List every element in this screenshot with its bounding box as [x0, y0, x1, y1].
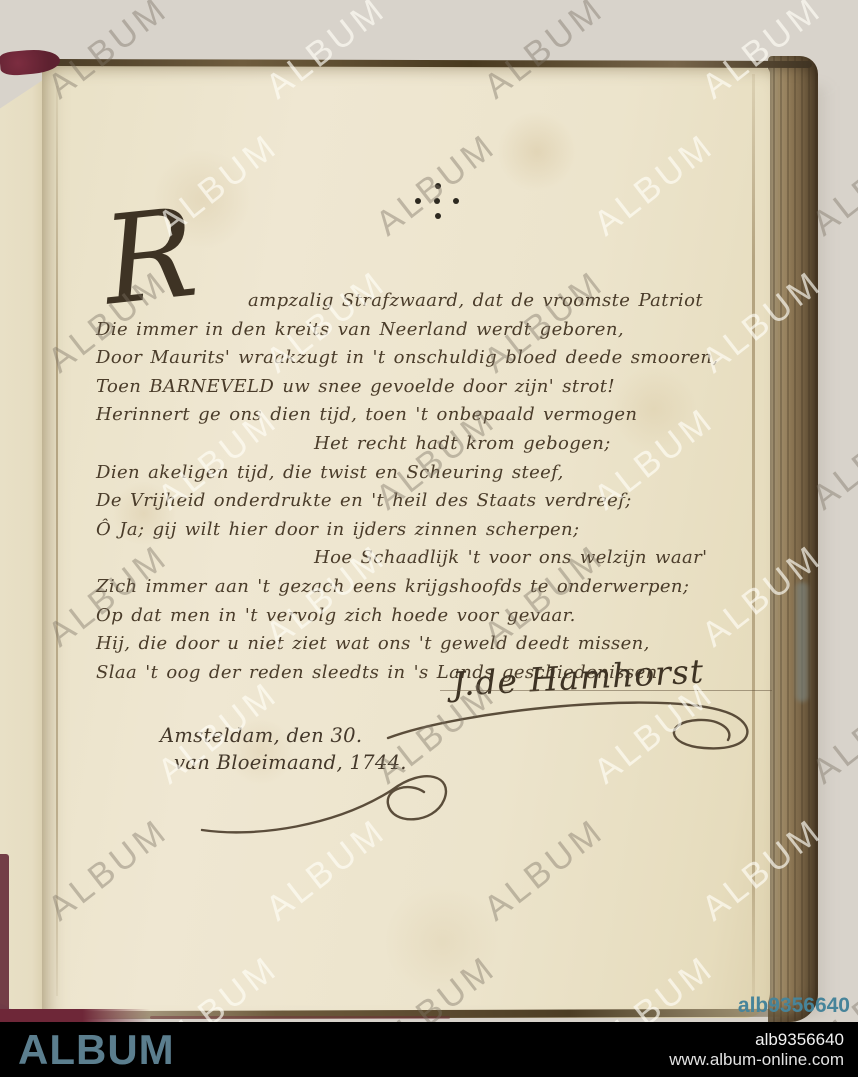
- poem-line: Toen BARNEVELD uw snee gevoelde door zij…: [96, 376, 776, 405]
- album-logo: ALBUM: [18, 1029, 175, 1071]
- poem-line: Die immer in den kreits van Neerland wer…: [96, 319, 776, 348]
- page-stack-patch: [796, 582, 808, 702]
- poem-line: Door Maurits' wraakzugt in 't onschuldig…: [96, 347, 776, 376]
- stock-id-overlay: alb9356640: [738, 994, 850, 1018]
- poem-line: Op dat men in 't vervolg zich hoede voor…: [96, 605, 776, 634]
- gutter-crease: [56, 86, 58, 996]
- bar-url: www.album-online.com: [669, 1050, 844, 1070]
- dateline-flourish: [196, 764, 466, 844]
- poem-line: Dien akeligen tijd, die twist en Scheuri…: [96, 462, 776, 491]
- cover-edge-left: [0, 854, 9, 1022]
- poem-line: Ô Ja; gij wilt hier door in ijders zinne…: [96, 519, 776, 548]
- poem-line: De Vrijheid onderdrukte en 't heil des S…: [96, 490, 776, 519]
- cover-edge-bottom-line: [150, 1016, 450, 1019]
- poem-line: Herinnert ge ons dien tijd, toen 't onbe…: [96, 404, 776, 433]
- bottom-bar-credits: alb9356640 www.album-online.com: [669, 1030, 844, 1069]
- photo-backdrop: R ampzalig Strafzwaard, dat de vroomste …: [0, 0, 858, 1022]
- poem-line: Hoe Schaadlijk 't voor ons welzijn waar': [96, 547, 776, 576]
- poem-line: ampzalig Strafzwaard, dat de vroomste Pa…: [96, 290, 776, 319]
- dots-ornament: [415, 183, 461, 223]
- poem-line: Zich immer aan 't gezach eens krijgshoof…: [96, 576, 776, 605]
- cover-edge-bottom: [0, 1009, 150, 1022]
- signature-flourish: [382, 694, 772, 764]
- bar-stock-id: alb9356640: [669, 1030, 844, 1050]
- poem-line: Het recht hadt krom gebogen;: [96, 433, 776, 462]
- poem: ampzalig Strafzwaard, dat de vroomste Pa…: [96, 290, 776, 690]
- bottom-bar: ALBUM alb9356640 www.album-online.com: [0, 1022, 858, 1077]
- signature-guideline: [440, 690, 772, 691]
- dateline-line1: Amsteldam, den 30.: [160, 724, 407, 747]
